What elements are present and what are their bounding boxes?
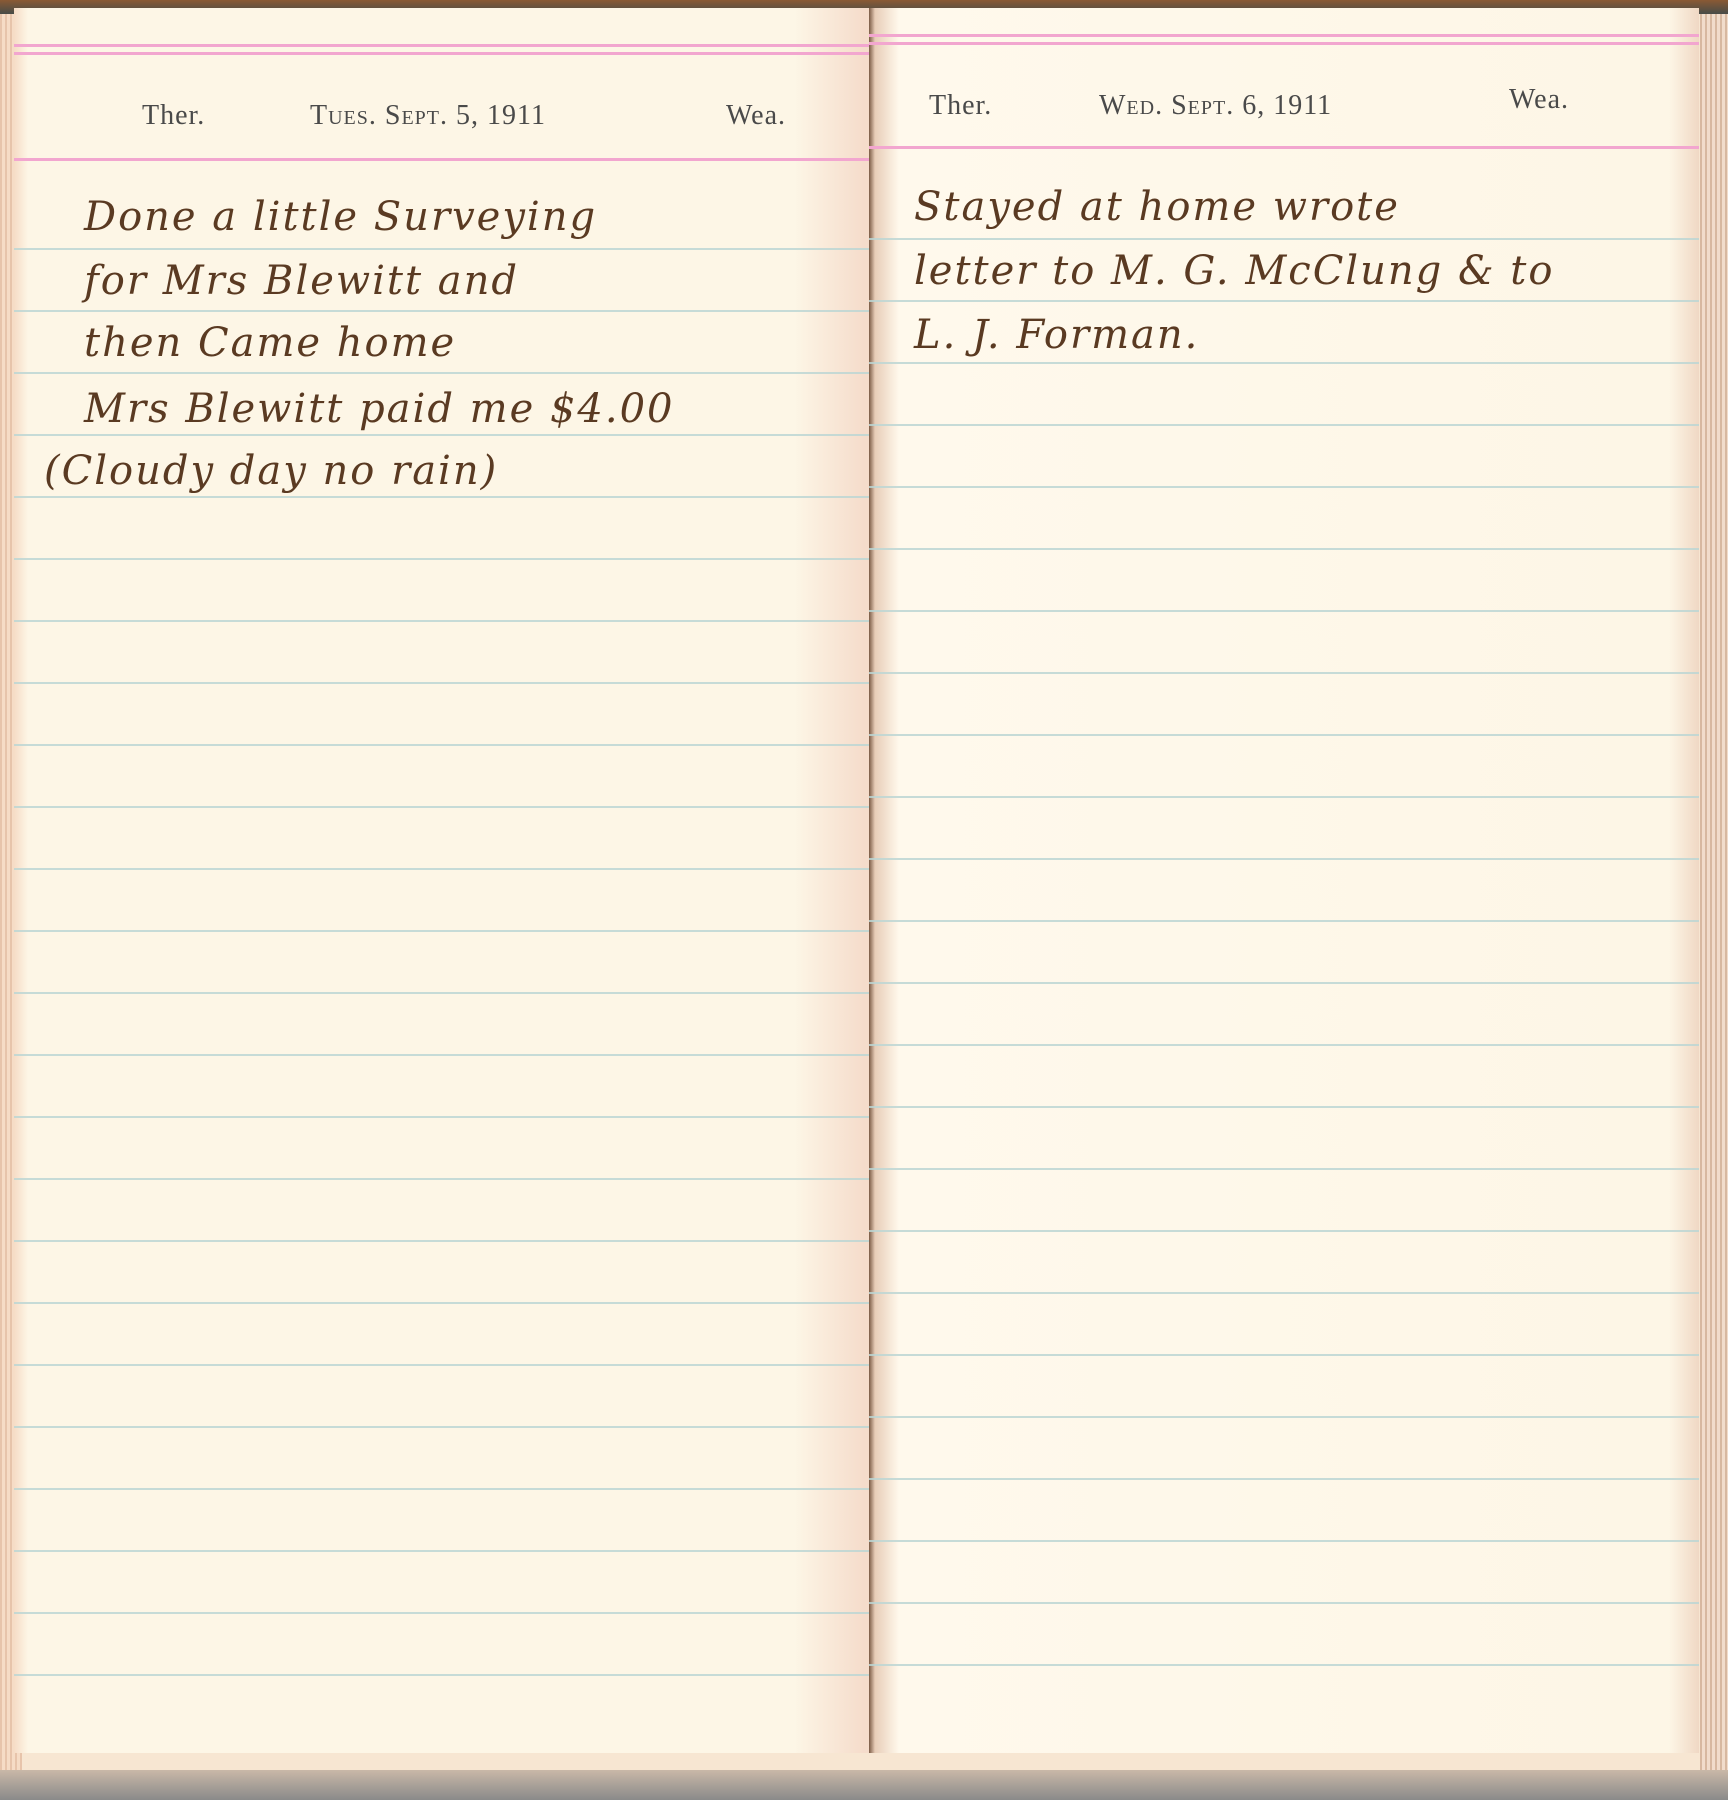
header-rule-top <box>869 34 1699 37</box>
ruled-line <box>14 1488 869 1490</box>
entry-line: Done a little Surveying <box>84 194 597 240</box>
ruled-line <box>14 434 869 436</box>
ruled-line <box>869 1044 1699 1046</box>
ther-label: Ther. <box>929 90 992 122</box>
date-heading: Wed. Sept. 6, 1911 <box>1099 90 1332 122</box>
ruled-line <box>869 1168 1699 1170</box>
header-rule-top-2 <box>14 52 869 55</box>
ruled-line <box>869 734 1699 736</box>
entry-line: then Came home <box>84 320 456 366</box>
entry-line: Mrs Blewitt paid me $4.00 <box>84 386 674 432</box>
ruled-line <box>869 486 1699 488</box>
right-page: Ther. Wed. Sept. 6, 1911 Wea. Stayed at … <box>869 8 1699 1753</box>
ruled-line <box>869 424 1699 426</box>
entry-line: for Mrs Blewitt and <box>84 258 519 304</box>
ruled-line <box>14 868 869 870</box>
ruled-line <box>14 1054 869 1056</box>
ruled-line <box>869 1106 1699 1108</box>
ruled-line <box>869 300 1699 302</box>
ruled-line <box>869 920 1699 922</box>
ruled-line <box>869 1478 1699 1480</box>
ruled-line <box>14 1116 869 1118</box>
ruled-line <box>869 548 1699 550</box>
entry-line: Stayed at home wrote <box>914 184 1400 230</box>
entry-line: letter to M. G. McClung & to <box>914 248 1554 294</box>
ruled-line <box>869 796 1699 798</box>
ruled-line <box>869 672 1699 674</box>
entry-line: L. J. Forman. <box>914 312 1199 358</box>
ruled-line <box>869 1230 1699 1232</box>
ruled-line <box>869 1664 1699 1666</box>
page-stack-right-edge <box>1700 14 1728 1774</box>
ruled-line <box>869 1540 1699 1542</box>
ruled-line <box>869 1292 1699 1294</box>
ruled-line <box>14 1674 869 1676</box>
ruled-line <box>14 496 869 498</box>
ruled-line <box>14 1364 869 1366</box>
ruled-line <box>869 858 1699 860</box>
ruled-line <box>869 1602 1699 1604</box>
ruled-line <box>14 930 869 932</box>
ruled-line <box>14 620 869 622</box>
date-heading: Tues. Sept. 5, 1911 <box>310 100 546 132</box>
ruled-line <box>14 806 869 808</box>
ruled-line <box>14 1240 869 1242</box>
ruled-line <box>14 310 869 312</box>
ruled-line <box>14 1550 869 1552</box>
left-page: Ther. Tues. Sept. 5, 1911 Wea. Done a li… <box>14 8 869 1753</box>
ruled-line <box>14 248 869 250</box>
ruled-line <box>14 1612 869 1614</box>
ruled-line <box>869 362 1699 364</box>
ther-label: Ther. <box>142 100 205 132</box>
ruled-line <box>869 1416 1699 1418</box>
ruled-line <box>14 744 869 746</box>
entry-line: (Cloudy day no rain) <box>44 448 498 494</box>
header-rule-top-2 <box>869 42 1699 45</box>
header-rule-bottom <box>869 146 1699 149</box>
ruled-line <box>14 372 869 374</box>
ruled-line <box>14 682 869 684</box>
header-rule-bottom <box>14 158 869 161</box>
ruled-line <box>14 1426 869 1428</box>
header-rule-top <box>14 44 869 47</box>
ruled-line <box>869 610 1699 612</box>
ruled-line <box>14 992 869 994</box>
book-bottom-edge <box>0 1770 1728 1800</box>
ruled-line <box>869 982 1699 984</box>
ruled-line <box>14 1302 869 1304</box>
ruled-line <box>14 558 869 560</box>
ruled-line <box>869 238 1699 240</box>
wea-label: Wea. <box>726 100 786 132</box>
ruled-line <box>869 1354 1699 1356</box>
wea-label: Wea. <box>1509 84 1569 116</box>
ruled-line <box>14 1178 869 1180</box>
